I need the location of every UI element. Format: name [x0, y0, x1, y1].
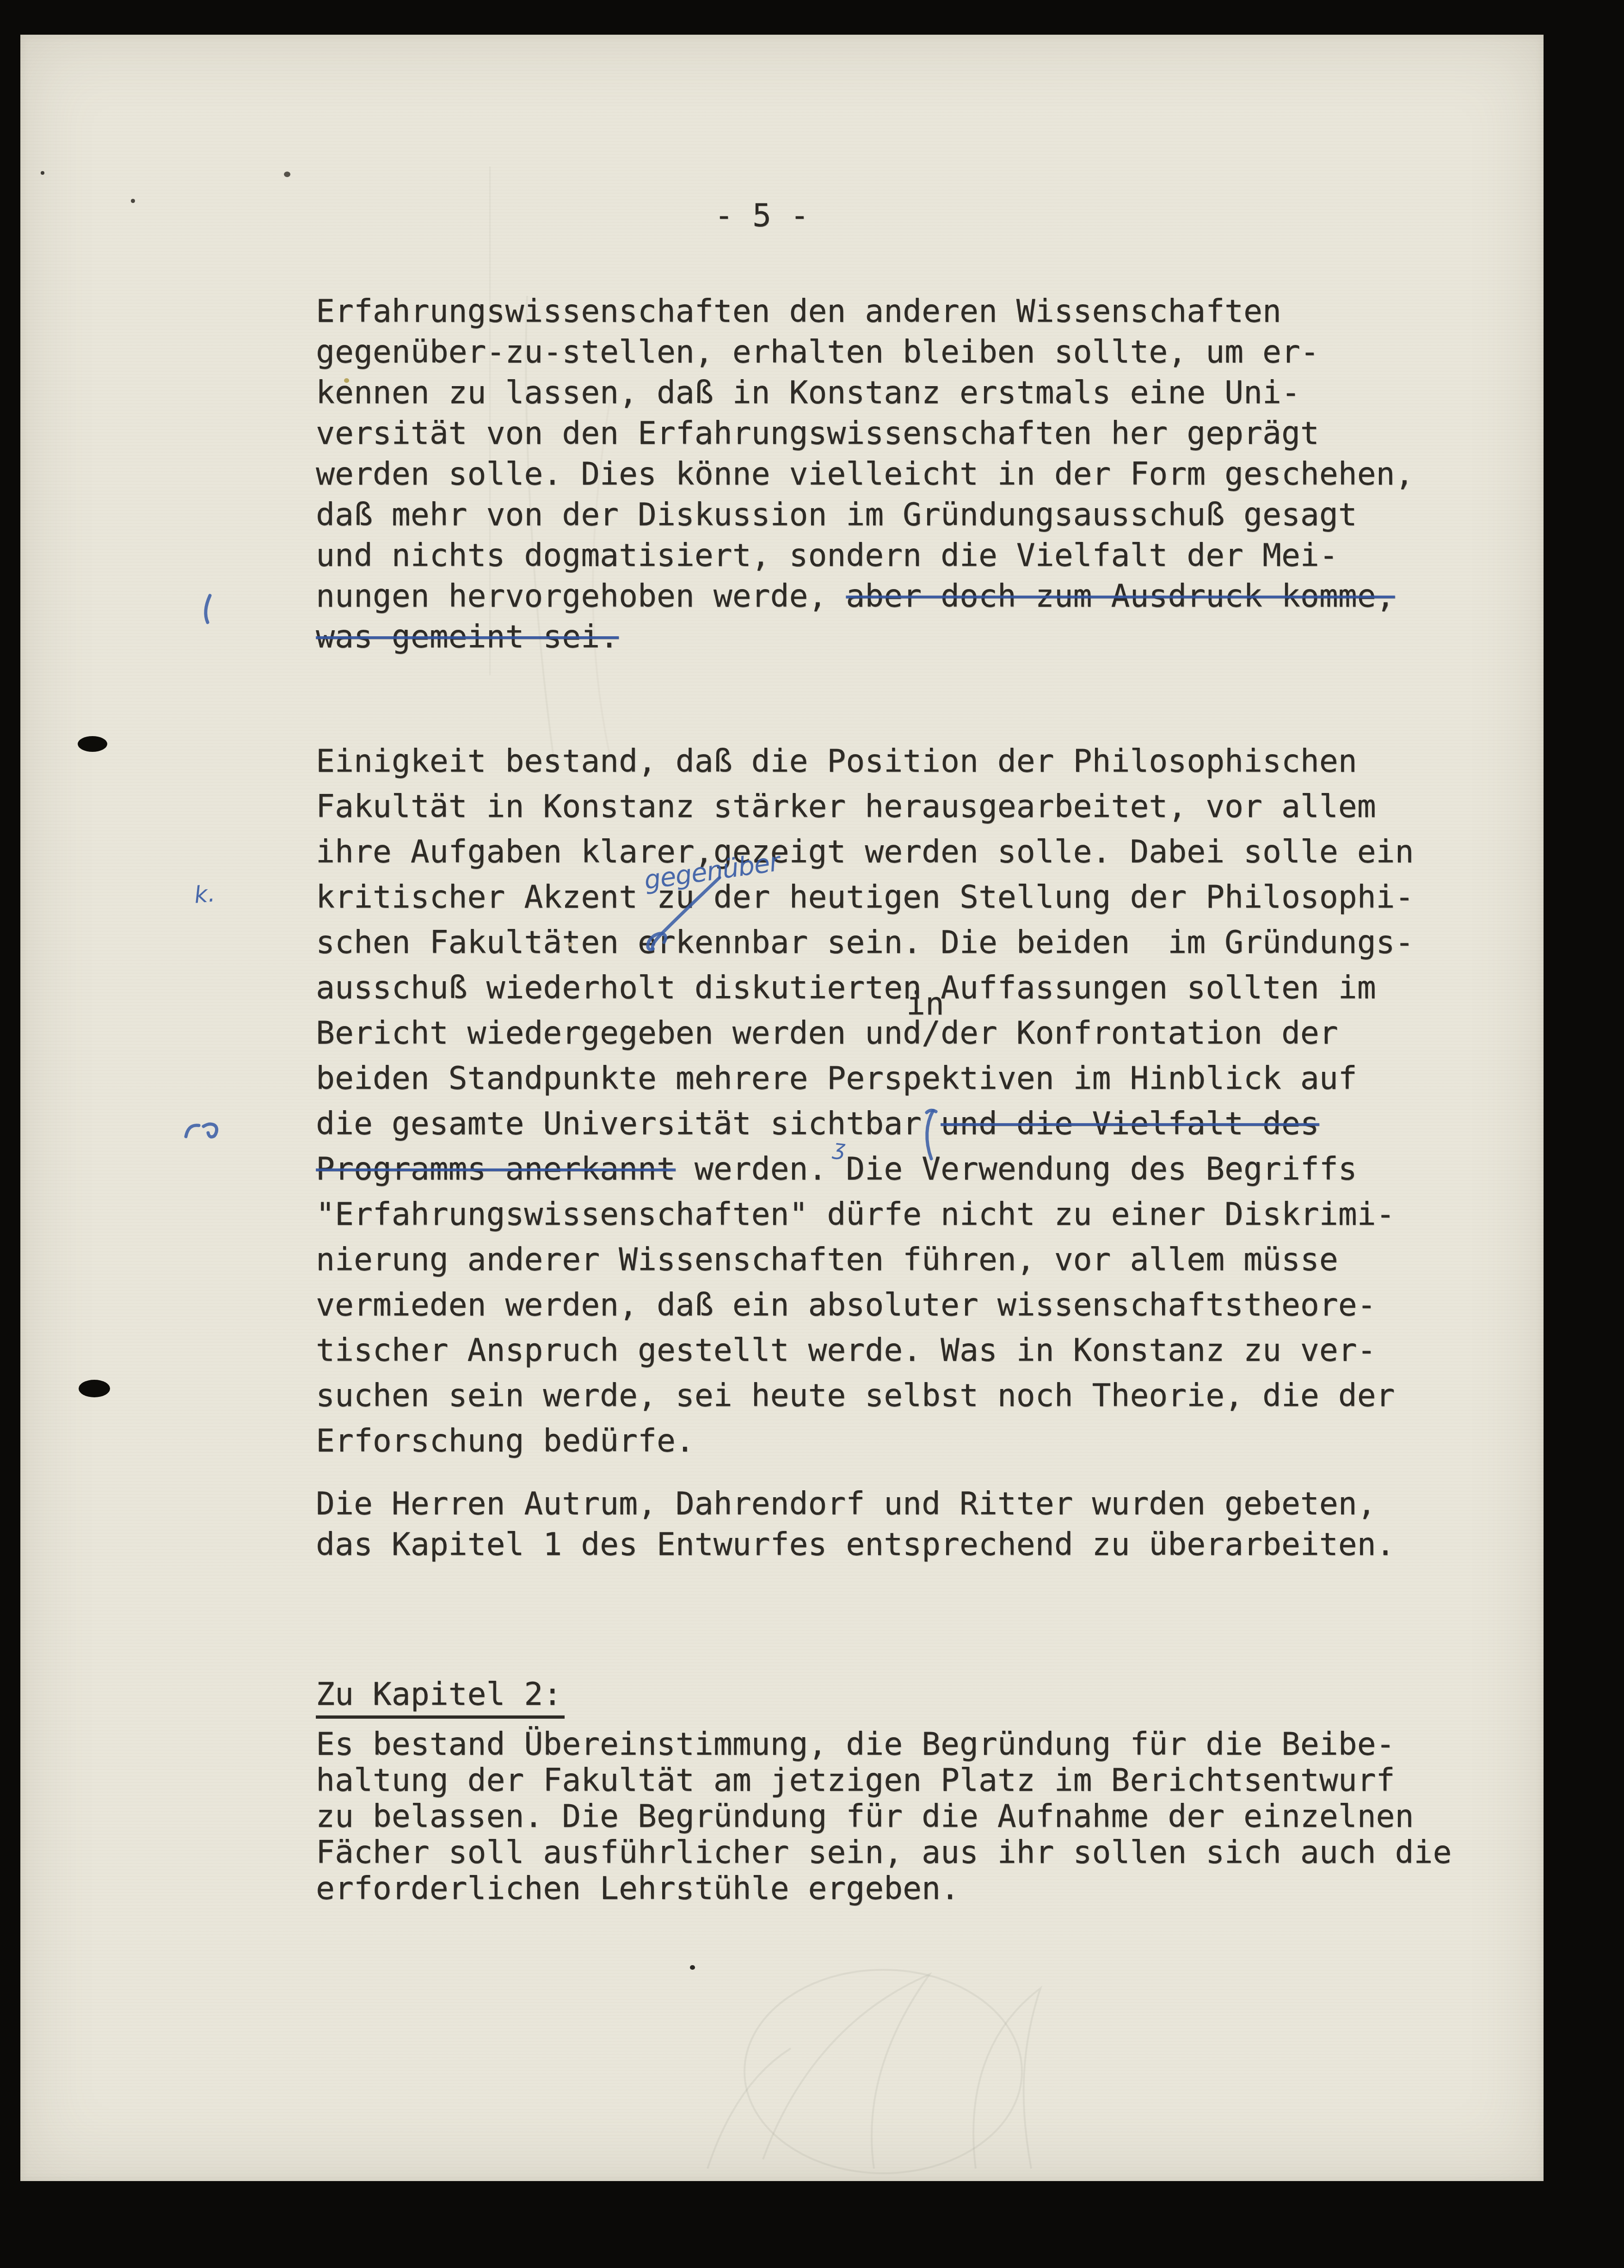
typed-line: Fakultät in Konstanz stärker herausgearb… [316, 784, 1414, 830]
typed-line: Die Herren Autrum, Dahrendorf und Ritter… [316, 1484, 1395, 1524]
typed-line: ausschuß wiederholt diskutierten Auffass… [316, 965, 1414, 1011]
typed-line: und nichts dogmatisiert, sondern die Vie… [316, 535, 1414, 576]
typed-line: werden solle. Dies könne vielleicht in d… [316, 454, 1414, 495]
paper-speck [344, 378, 349, 383]
typed-line: zu belassen. Die Begründung für die Aufn… [316, 1799, 1452, 1835]
typed-line: nierung anderer Wissenschaften führen, v… [316, 1237, 1414, 1283]
paragraph-2: Einigkeit bestand, daß die Position der … [316, 739, 1414, 1464]
paper-speck [284, 172, 290, 177]
typed-line: beiden Standpunkte mehrere Perspektiven … [316, 1056, 1414, 1101]
typed-line: Programms anerkannt werden. Die Verwendu… [316, 1147, 1414, 1192]
margin-mark-arrow [182, 1118, 228, 1146]
typed-line: Fächer soll ausführlicher sein, aus ihr … [316, 1835, 1452, 1871]
typed-line: vermieden werden, daß ein absoluter wiss… [316, 1283, 1414, 1328]
typed-line: nungen hervorgehoben werde, aber doch zu… [316, 576, 1414, 617]
typed-line: erforderlichen Lehrstühle ergeben. [316, 1871, 1452, 1907]
paragraph-1: Erfahrungswissenschaften den anderen Wis… [316, 291, 1414, 658]
insertion-bracket-mark [920, 1108, 939, 1162]
typed-line: Einigkeit bestand, daß die Position der … [316, 739, 1414, 784]
typed-line: Bericht wiedergegeben werden und/der Kon… [316, 1011, 1414, 1056]
insertion-caret-mark: ʒ [832, 1135, 847, 1161]
typed-line: versität von den Erfahrungswissenschafte… [316, 413, 1414, 454]
typed-line: die gesamte Universität sichtbar und die… [316, 1101, 1414, 1147]
margin-mark-k: k. [193, 880, 216, 909]
paper-speck [690, 1965, 695, 1970]
document-scan: - 5 - Erfahrungswissenschaften den ander… [0, 0, 1624, 2268]
typed-line: kritischer Akzent zu der heutigen Stellu… [316, 875, 1414, 920]
typed-line: tischer Anspruch gestellt werde. Was in … [316, 1328, 1414, 1373]
paragraph-3: Die Herren Autrum, Dahrendorf und Ritter… [316, 1484, 1395, 1565]
section-heading-text: Zu Kapitel 2: [316, 1676, 565, 1719]
typed-line: was gemeint sei. [316, 617, 1414, 658]
hole-punch-bottom [79, 1380, 110, 1397]
paper-speck [41, 171, 44, 175]
typed-line: kennen zu lassen, daß in Konstanz erstma… [316, 373, 1414, 413]
typed-line: daß mehr von der Diskussion im Gründungs… [316, 495, 1414, 535]
margin-mark-apostrophe [201, 593, 214, 625]
section-heading: Zu Kapitel 2: [316, 1676, 565, 1719]
typed-line: "Erfahrungswissenschaften" dürfe nicht z… [316, 1192, 1414, 1237]
paper-speck [131, 199, 135, 203]
typed-line: Erfahrungswissenschaften den anderen Wis… [316, 291, 1414, 332]
paper-watermark [624, 1919, 1225, 2178]
paper-speck [568, 942, 572, 947]
hole-punch-top [78, 736, 107, 752]
typed-line: ihre Aufgaben klarer,gezeigt werden soll… [316, 830, 1414, 875]
typed-line: Erforschung bedürfe. [316, 1419, 1414, 1464]
typed-line: haltung der Fakultät am jetzigen Platz i… [316, 1763, 1452, 1799]
typed-line: das Kapitel 1 des Entwurfes entsprechend… [316, 1524, 1395, 1565]
crossout-x-mark [642, 873, 730, 954]
paragraph-4: Es bestand Übereinstimmung, die Begründu… [316, 1727, 1452, 1907]
typed-line: gegenüber-zu-stellen, erhalten bleiben s… [316, 332, 1414, 373]
page-number: - 5 - [714, 196, 809, 236]
typed-line: Es bestand Übereinstimmung, die Begründu… [316, 1727, 1452, 1763]
typed-insert-in: in [906, 989, 944, 1020]
typed-line: schen Fakultäten erkennbar sein. Die bei… [316, 920, 1414, 965]
typed-line: suchen sein werde, sei heute selbst noch… [316, 1373, 1414, 1419]
